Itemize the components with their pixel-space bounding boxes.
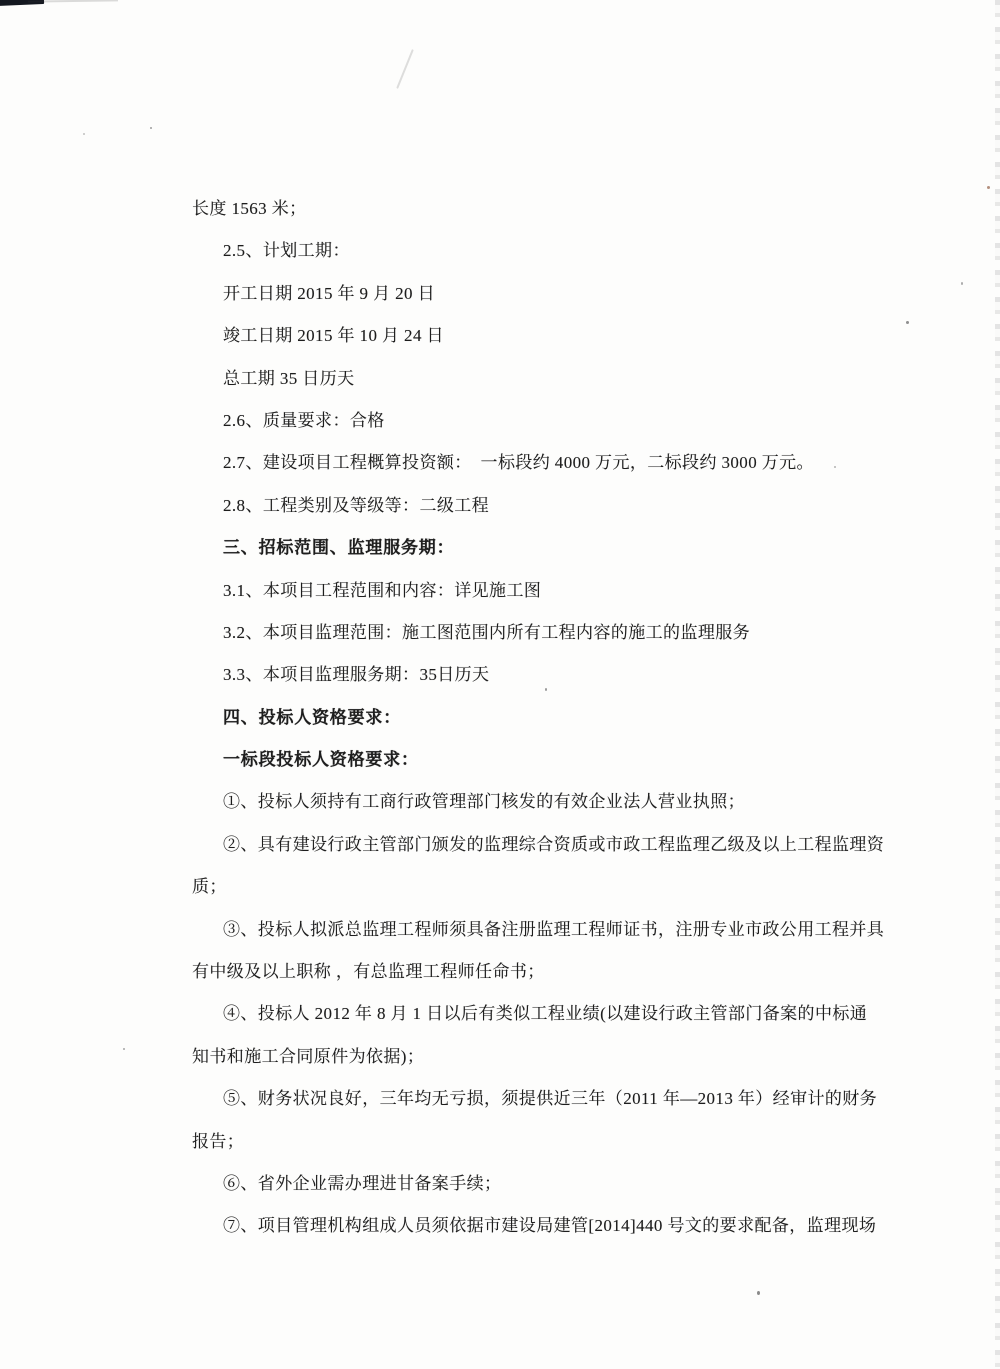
doc-line-24: ⑥、省外企业需办理进甘备案手续； (192, 1163, 912, 1205)
scan-speck (123, 1048, 125, 1050)
doc-line-25: ⑦、项目管理机构组成人员须依据市建设局建管[2014]440 号文的要求配备，监… (192, 1205, 912, 1247)
doc-line-7: 2.7、建设项目工程概算投资额： 一标段约 4000 万元，二标段约 3000 … (192, 442, 912, 484)
doc-line-15: ①、投标人须持有工商行政管理部门核发的有效企业法人营业执照； (192, 781, 912, 823)
doc-line-20: ④、投标人 2012 年 8 月 1 日以后有类似工程业绩(以建设行政主管部门备… (192, 993, 912, 1035)
scan-speck (83, 133, 85, 135)
doc-line-13: 四、投标人资格要求： (192, 697, 912, 739)
scan-edge-line (28, 0, 118, 3)
doc-line-4: 竣工日期 2015 年 10 月 24 日 (192, 315, 912, 357)
doc-line-12: 3.3、本项目监理服务期：35日历天 (192, 654, 912, 696)
doc-line-6: 2.6、质量要求：合格 (192, 400, 912, 442)
scan-speck (150, 127, 152, 129)
doc-line-21: 知书和施工合同原件为依据)； (192, 1036, 912, 1078)
doc-line-11: 3.2、本项目监理范围：施工图范围内所有工程内容的施工的监理服务 (192, 612, 912, 654)
doc-line-10: 3.1、本项目工程范围和内容：详见施工图 (192, 570, 912, 612)
scan-speck (987, 186, 990, 189)
doc-line-16: ②、具有建设行政主管部门颁发的监理综合资质或市政工程监理乙级及以上工程监理资 (192, 824, 912, 866)
doc-line-9: 三、招标范围、监理服务期： (192, 527, 912, 569)
scan-right-edge-noise (995, 0, 1000, 1369)
scan-scratch-mark (396, 49, 414, 89)
document-body: 长度 1563 米；2.5、计划工期：开工日期 2015 年 9 月 20 日竣… (192, 188, 912, 1248)
doc-line-5: 总工期 35 日历天 (192, 358, 912, 400)
doc-line-18: ③、投标人拟派总监理工程师须具备注册监理工程师证书，注册专业市政公用工程并具 (192, 909, 912, 951)
doc-line-19: 有中级及以上职称 ，有总监理工程师任命书； (192, 951, 912, 993)
doc-line-1: 长度 1563 米； (192, 188, 912, 230)
doc-line-22: ⑤、财务状况良好，三年均无亏损，须提供近三年（2011 年—2013 年）经审计… (192, 1078, 912, 1120)
doc-line-17: 质； (192, 866, 912, 908)
scanned-page: 长度 1563 米；2.5、计划工期：开工日期 2015 年 9 月 20 日竣… (0, 0, 1000, 1369)
doc-line-14: 一标段投标人资格要求： (192, 739, 912, 781)
doc-line-8: 2.8、工程类别及等级等：二级工程 (192, 485, 912, 527)
doc-line-3: 开工日期 2015 年 9 月 20 日 (192, 273, 912, 315)
scan-speck (961, 282, 963, 285)
scan-speck (757, 1291, 760, 1295)
doc-line-2: 2.5、计划工期： (192, 230, 912, 272)
doc-line-23: 报告； (192, 1121, 912, 1163)
